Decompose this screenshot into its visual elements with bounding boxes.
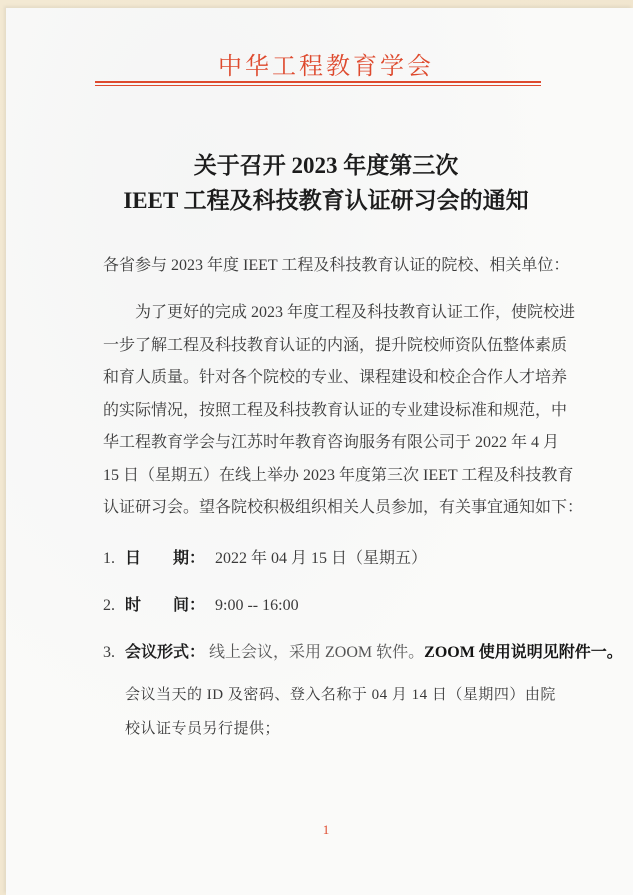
scan-background-mat: 中华工程教育学会 关于召开 2023 年度第三次 IEET 工程及科技教育认证研… [0,0,633,895]
item-value-emphasis: ZOOM 使用说明见附件一。 [424,644,623,661]
list-item-date: 1.日 期：2022 年 04 月 15 日（星期五） [103,545,427,568]
paragraph-line: 一步了解工程及科技教育认证的内涵，提升院校师资队伍整体素质 [103,330,551,363]
page-number: 1 [26,822,626,838]
item-number: 1. [103,550,125,568]
detail-line: 校认证专员另行提供； [125,712,556,746]
notice-title-line1: 关于召开 2023 年度第三次 [26,148,626,183]
notice-title-line2: IEET 工程及科技教育认证研习会的通知 [26,183,626,218]
salutation-line: 各省参与 2023 年度 IEET 工程及科技教育认证的院校、相关单位： [103,252,569,275]
item-number: 2. [103,597,125,615]
paragraph-line: 为了更好的完成 2023 年度工程及科技教育认证工作，使院校进 [103,297,551,330]
paragraph-line: 的实际情况，按照工程及科技教育认证的专业建设标准和规范，中 [103,395,551,428]
notice-title: 关于召开 2023 年度第三次 IEET 工程及科技教育认证研习会的通知 [26,148,626,218]
item-label: 会议形式： [125,644,205,661]
body-paragraph: 为了更好的完成 2023 年度工程及科技教育认证工作，使院校进 一步了解工程及科… [103,297,551,525]
item-label: 时 间： [125,597,205,614]
item-value: 2022 年 04 月 15 日（星期五） [215,550,427,567]
paragraph-line: 认证研习会。望各院校积极组织相关人员参加，有关事宜通知如下： [103,492,551,525]
item-number: 3. [103,644,125,662]
paragraph-line: 和育人质量。针对各个院校的专业、课程建设和校企合作人才培养 [103,362,551,395]
list-item-meeting-format: 3.会议形式：线上会议，采用 ZOOM 软件。ZOOM 使用说明见附件一。 [103,639,623,662]
notice-document-page: 中华工程教育学会 关于召开 2023 年度第三次 IEET 工程及科技教育认证研… [6,8,633,895]
header-divider-rule [95,81,541,86]
list-item-time: 2.时 间：9:00 -- 16:00 [103,592,299,615]
item-value: 线上会议，采用 ZOOM 软件。 [209,644,424,661]
org-name-header: 中华工程教育学会 [26,53,626,81]
paragraph-line: 华工程教育学会与江苏时年教育咨询服务有限公司于 2022 年 4 月 [103,427,551,460]
meeting-format-detail: 会议当天的 ID 及密码、登入名称于 04 月 14 日（星期四）由院 校认证专… [125,678,556,746]
detail-line: 会议当天的 ID 及密码、登入名称于 04 月 14 日（星期四）由院 [125,678,556,712]
item-value: 9:00 -- 16:00 [215,597,299,614]
paragraph-line: 15 日（星期五）在线上举办 2023 年度第三次 IEET 工程及科技教育 [103,460,551,493]
item-label: 日 期： [125,550,205,567]
